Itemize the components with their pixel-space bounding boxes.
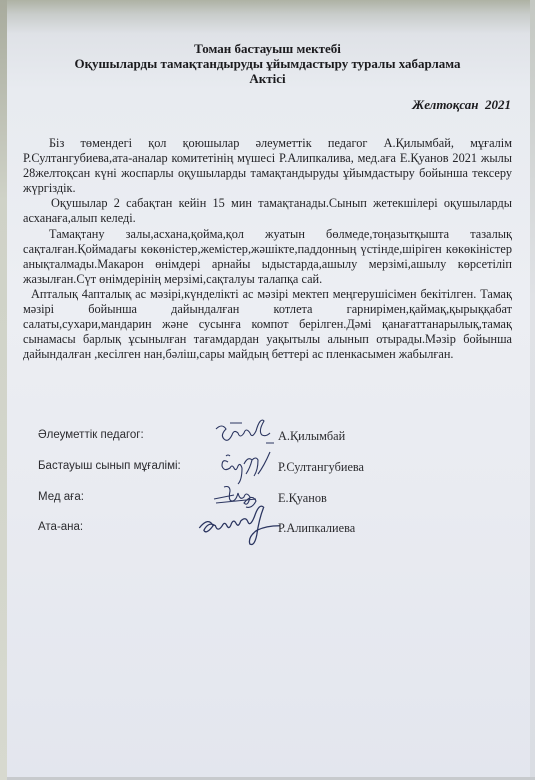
signature-role: Мед аға:	[38, 491, 84, 503]
signatory-name: Р.Алипкалиева	[278, 521, 355, 536]
signature-role: Бастауыш сынып мұғалімі:	[38, 460, 181, 472]
paragraph-inspection: Біз төмендегі қол қоюшылар әлеуметтік пе…	[23, 136, 512, 196]
paragraph-cleanliness: Тамақтану залы,асхана,қойма,қол жуатын б…	[23, 227, 512, 287]
signature-row: Ата-ана: Р.Алипкалиева	[38, 521, 498, 541]
document-date: Желтоқсан 2021	[412, 97, 511, 113]
paragraph-menu: Апталық 4апталық ас мәзірі,күнделікті ас…	[23, 287, 512, 362]
document-body: Біз төмендегі қол қоюшылар әлеуметтік пе…	[23, 136, 512, 362]
signature-role: Ата-ана:	[38, 521, 83, 533]
handwritten-signature-icon	[188, 505, 283, 551]
paragraph-meal-time: Оқушылар 2 сабақтан кейін 15 мин тамақта…	[23, 196, 512, 226]
document-photo: Томан бастауыш мектебі Оқушыларды тамақт…	[0, 0, 535, 780]
school-name: Томан бастауыш мектебі	[0, 41, 535, 56]
signatory-name: Р.Султангубиева	[278, 460, 364, 475]
document-header: Томан бастауыш мектебі Оқушыларды тамақт…	[0, 41, 535, 86]
document: Томан бастауыш мектебі Оқушыларды тамақт…	[0, 0, 535, 780]
signatory-name: Е.Қуанов	[278, 491, 327, 506]
signature-role: Әлеуметтік педагог:	[38, 429, 144, 441]
document-title: Оқушыларды тамақтандыруды ұйымдастыру ту…	[0, 56, 535, 71]
document-subtitle: Актісі	[0, 71, 535, 86]
signatory-name: А.Қилымбай	[278, 429, 345, 444]
